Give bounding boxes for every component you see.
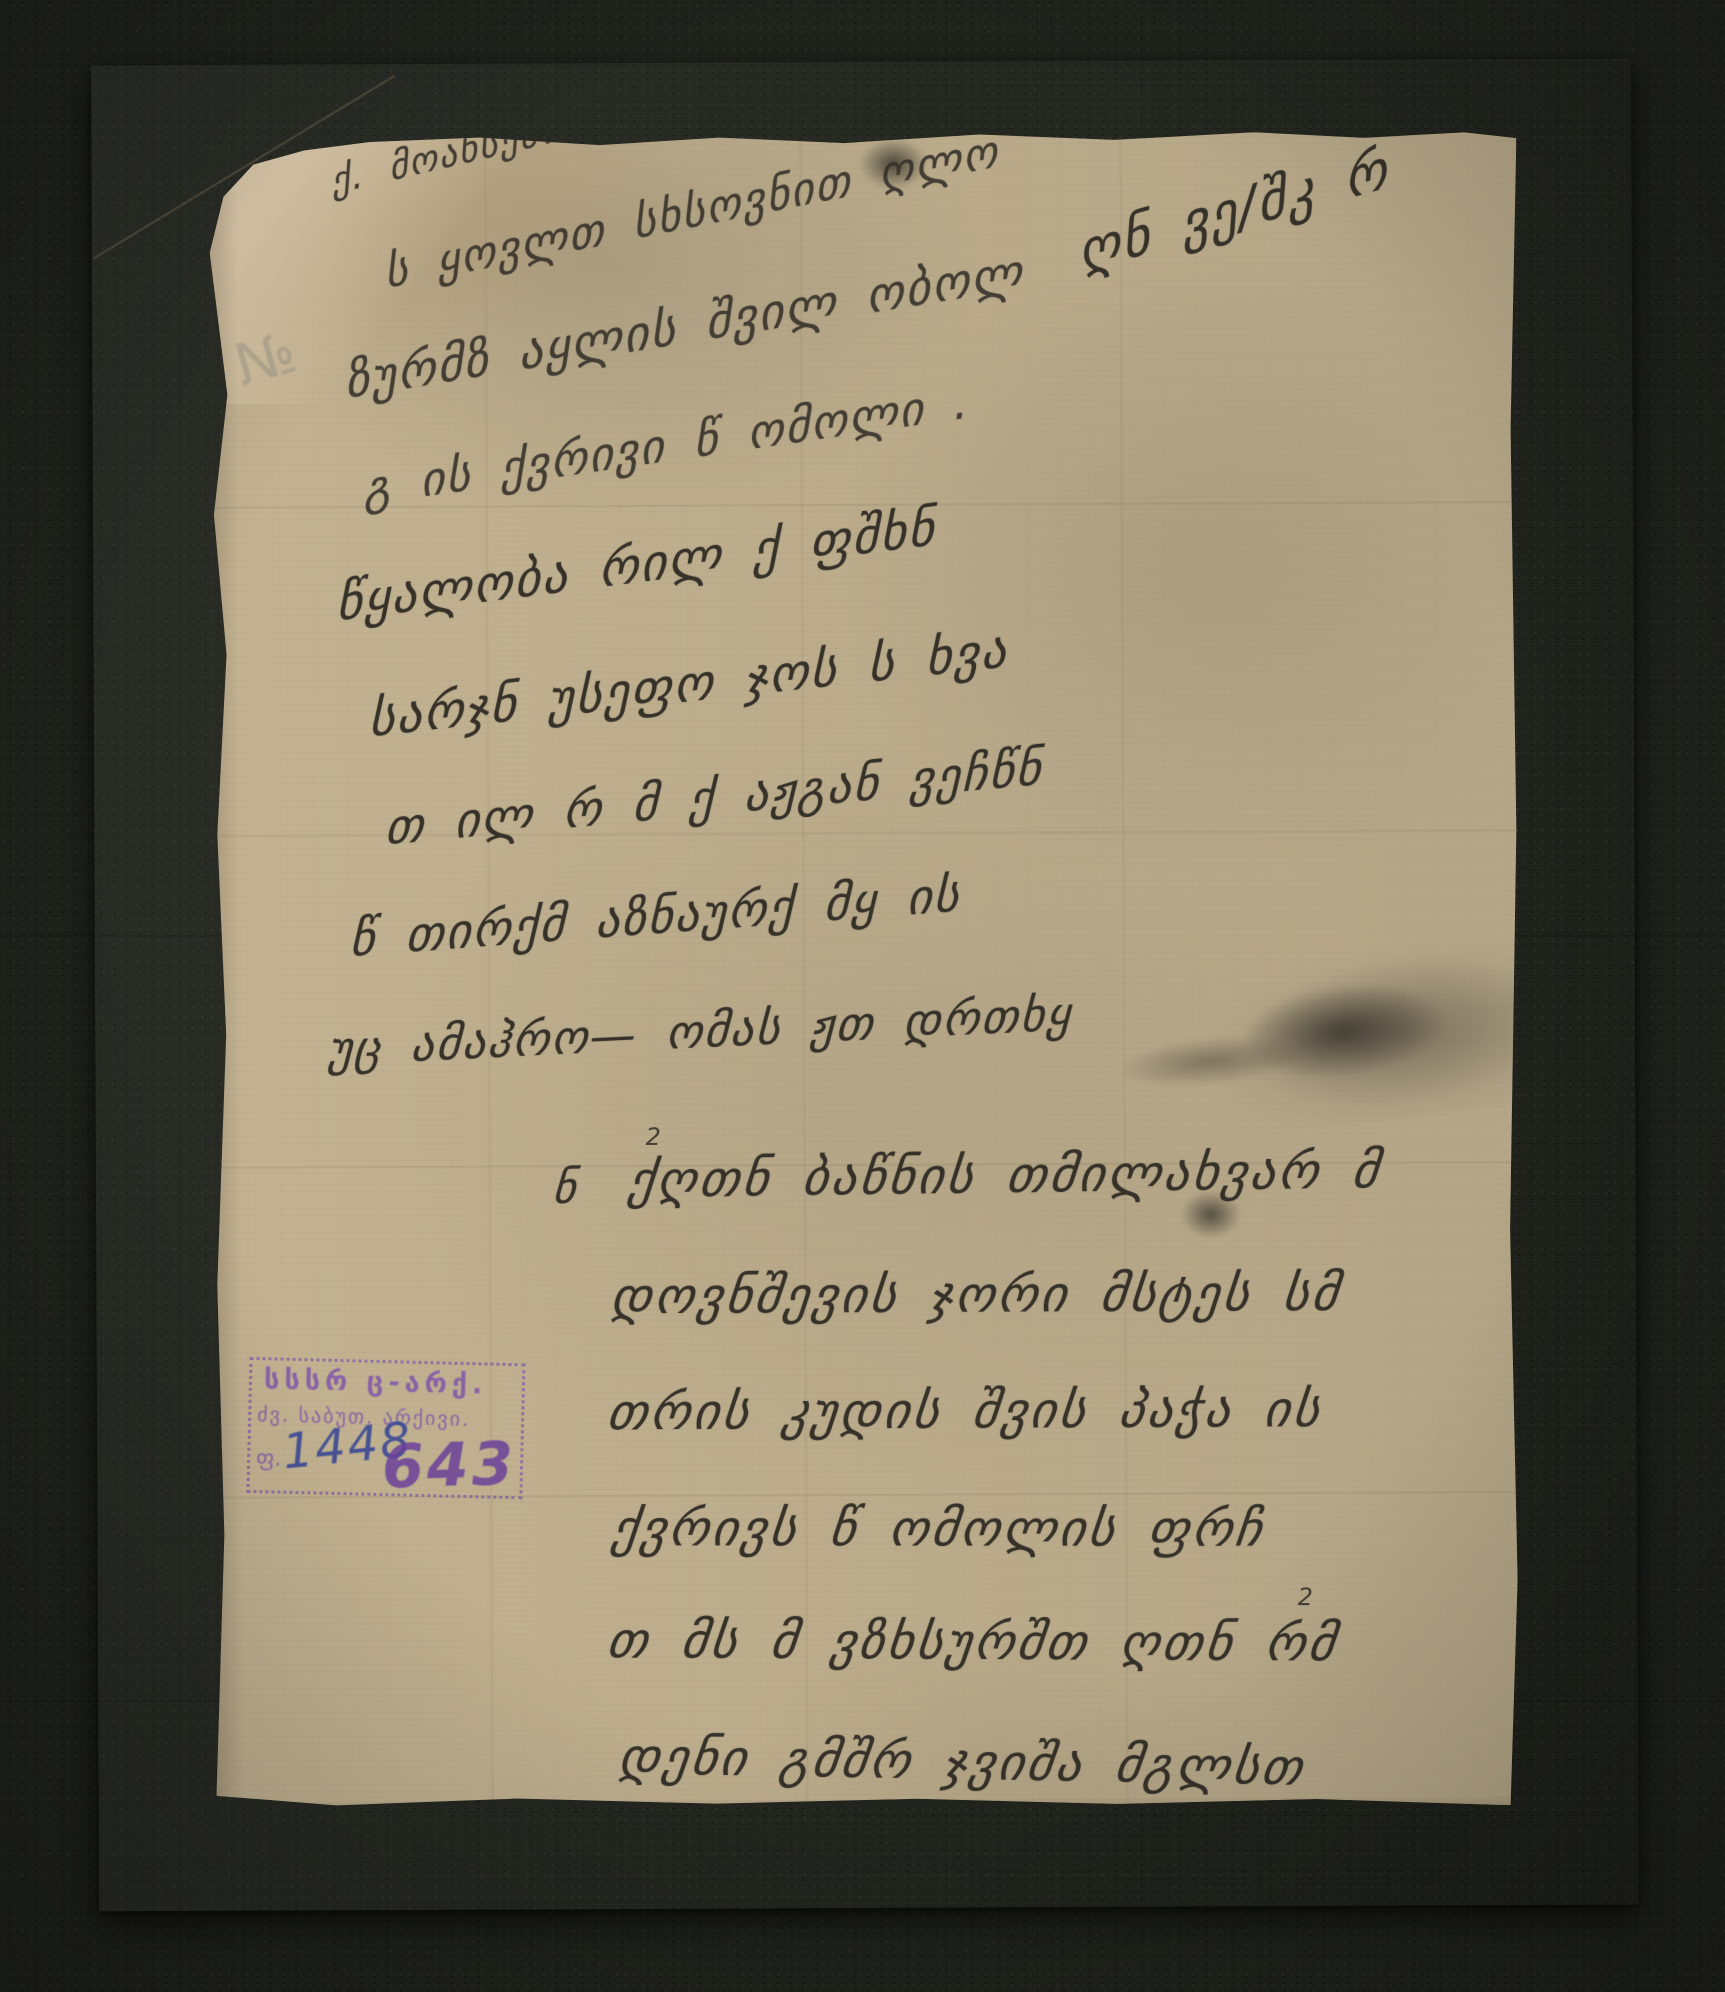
archive-stamp: სსსრ ც-არქ. ძვ. საბუთ. არქივი. ფ. 1448 6… xyxy=(246,1357,525,1499)
manuscript-line: ქღთნ ბაწნის თმილახვარ მ xyxy=(626,1141,1385,1209)
manuscript-line: წ თირქმ აზნაურქ მყ ის xyxy=(349,867,962,969)
superscript-mark: 2 xyxy=(1298,1583,1313,1611)
manuscript-line: დენი გმშრ ჯვიშა მგლსთ xyxy=(615,1727,1309,1796)
superscript-mark: 2 xyxy=(646,1123,661,1151)
manuscript-line: თ ილ რ მ ქ აჟგან ვეჩწნ xyxy=(384,739,1043,856)
stamp-institution-line: სსსრ ც-არქ. xyxy=(264,1364,488,1400)
manuscript-line: თრის კუდის შვის პაჭა ის xyxy=(604,1380,1326,1441)
manuscript-line: ღნ ვე/შკ რ xyxy=(1075,137,1393,284)
manuscript-line: სარჯნ უსეფო ჯოს ს ხვა xyxy=(368,620,1008,748)
photographed-document: № ქ. მოახსენო ს ყოვლთ სხსოვნით ღლო ღნ ვე… xyxy=(0,0,1725,1992)
ink-smudge xyxy=(1206,929,1565,1141)
manuscript-line: ქვრივს წ ომოლის ფრჩ xyxy=(609,1499,1269,1558)
stamp-fond-prefix: ფ. xyxy=(256,1446,282,1472)
manuscript-line: დოვნშევის ჯორი მსტეს სმ xyxy=(608,1264,1345,1325)
item-number-handwritten: 643 xyxy=(381,1429,517,1503)
manuscript-line: თ მს მ ვზხსურშთ ღთნ რმ xyxy=(604,1611,1341,1672)
backing-sheet: № ქ. მოახსენო ს ყოვლთ სხსოვნით ღლო ღნ ვე… xyxy=(91,59,1639,1912)
manuscript-line-fragment: ნ xyxy=(551,1163,580,1215)
manuscript-sheet: № ქ. მოახსენო ს ყოვლთ სხსოვნით ღლო ღნ ვე… xyxy=(209,129,1523,1811)
bottom-edge-shading xyxy=(217,1795,1524,1811)
ink-smudge-tail xyxy=(1119,1030,1302,1092)
manuscript-line: უც ამაჰრო— ომას ჟთ დრთხყ xyxy=(327,987,1074,1077)
manuscript-line: წყალობა რილ ქ ფშხნ xyxy=(336,498,936,633)
